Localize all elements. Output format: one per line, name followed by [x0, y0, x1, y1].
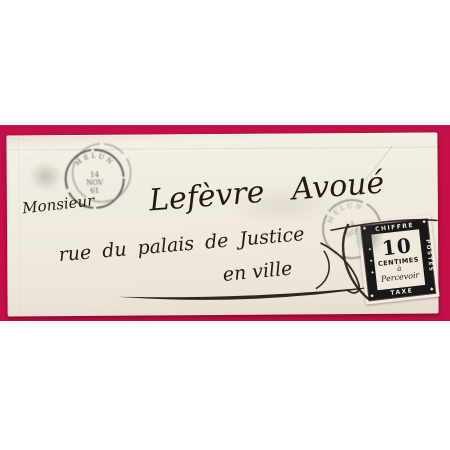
address-recipient: Lefèvre Avoué — [147, 166, 386, 219]
postmark-smudge-on-stamp — [352, 217, 386, 256]
stamp-word-percevoir: Percevoir — [381, 271, 420, 284]
photo-crimson-background: MELUN 14 NOV 61 MELUN 14 NOV Monsieur — [0, 125, 450, 321]
postmark-month: NOV — [86, 179, 104, 187]
address-city: en ville — [222, 258, 293, 286]
postage-due-stamp: CHIFFRE TAXE POSTES ✦ ✦ ✦ ◆ ◆ ◆ ◆ 10 CEN… — [357, 215, 440, 305]
stamp-corner-ornament: ◆ — [419, 217, 430, 228]
photo-page: MELUN 14 NOV 61 MELUN 14 NOV Monsieur — [0, 0, 450, 450]
address-salutation: Monsieur — [20, 191, 96, 217]
postmark-day: 14 — [90, 171, 100, 179]
underline-flourish — [117, 285, 391, 301]
stamp-value: 10 — [381, 236, 413, 258]
postal-cover: MELUN 14 NOV 61 MELUN 14 NOV Monsieur — [6, 132, 438, 316]
stamp-corner-ornament: ◆ — [426, 285, 437, 296]
stamp-corner-ornament: ◆ — [367, 291, 378, 302]
